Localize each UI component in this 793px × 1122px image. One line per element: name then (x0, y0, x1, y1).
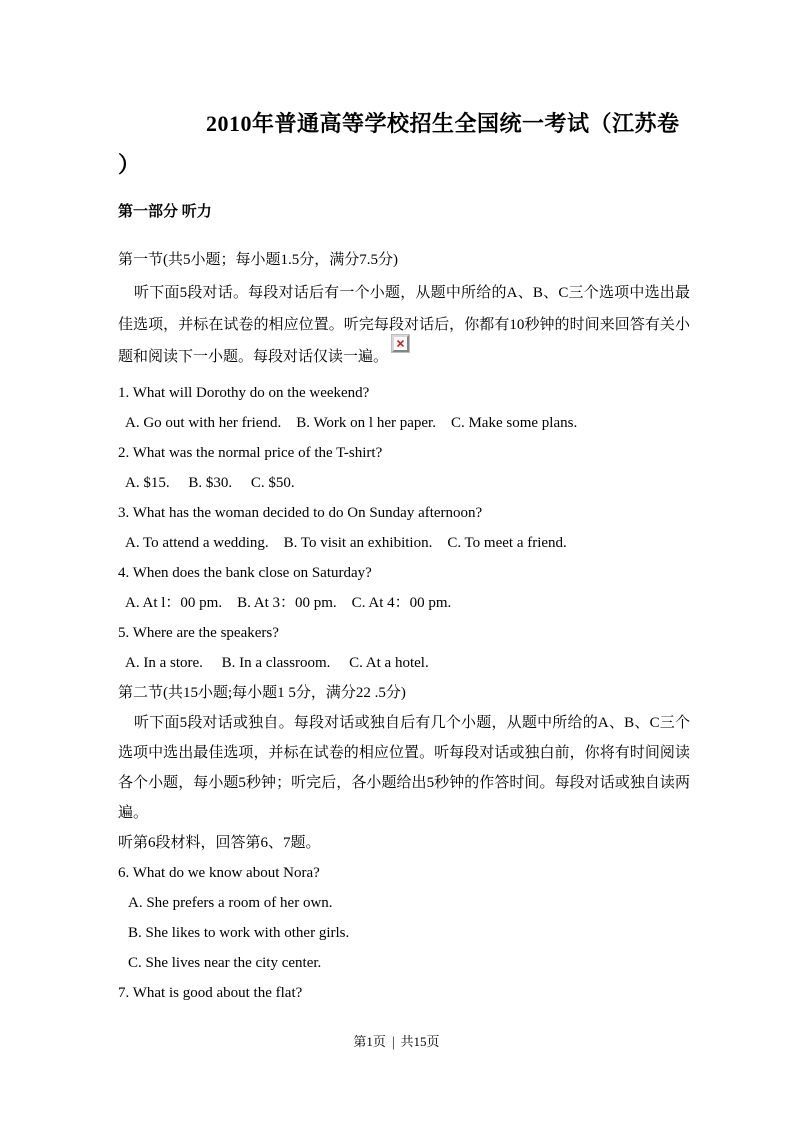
section1-questions: 1. What will Dorothy do on the weekend? … (118, 378, 690, 678)
question-1-text: 1. What will Dorothy do on the weekend? (118, 378, 690, 408)
section1-instructions: 听下面5段对话。每段对话后有一个小题，从题中所给的A、B、C三个选项中选出最佳选… (118, 277, 690, 373)
question-5-text: 5. Where are the speakers? (118, 618, 690, 648)
exam-paper-page: 2010年普通高等学校招生全国统一考试（江苏卷 ） 第一部分 听力 第一节(共5… (0, 0, 793, 1122)
question-6-option-a: A. She prefers a room of her own. (118, 888, 690, 918)
question-1: 1. What will Dorothy do on the weekend? … (118, 378, 690, 438)
page-title: 2010年普通高等学校招生全国统一考试（江苏卷 ） (118, 103, 690, 185)
question-6: 6. What do we know about Nora? A. She pr… (118, 858, 690, 978)
footer-page-total: 共15页 (401, 1034, 440, 1049)
question-2-options: A. $15. B. $30. C. $50. (118, 468, 690, 498)
question-4-text: 4. When does the bank close on Saturday? (118, 558, 690, 588)
question-6-option-b: B. She likes to work with other girls. (118, 918, 690, 948)
question-4: 4. When does the bank close on Saturday?… (118, 558, 690, 618)
page-content: 2010年普通高等学校招生全国统一考试（江苏卷 ） 第一部分 听力 第一节(共5… (118, 0, 690, 1008)
question-6-option-c: C. She lives near the city center. (118, 948, 690, 978)
section2-instructions: 听下面5段对话或独自。每段对话或独自后有几个小题，从题中所给的A、B、C三个选项… (118, 708, 690, 828)
question-7-text: 7. What is good about the flat? (118, 978, 690, 1008)
footer-page-number: 第1页 (353, 1034, 386, 1049)
question-5: 5. Where are the speakers? A. In a store… (118, 618, 690, 678)
question-7: 7. What is good about the flat? (118, 978, 690, 1008)
section1-instructions-text: 听下面5段对话。每段对话后有一个小题，从题中所给的A、B、C三个选项中选出最佳选… (118, 285, 690, 365)
question-1-options: A. Go out with her friend. B. Work on l … (118, 408, 690, 438)
question-3-text: 3. What has the woman decided to do On S… (118, 498, 690, 528)
question-2: 2. What was the normal price of the T-sh… (118, 438, 690, 498)
part1-heading: 第一部分 听力 (118, 201, 690, 223)
page-footer: 第1页|共15页 (0, 1033, 793, 1051)
section2-instructions-text: 听下面5段对话或独自。每段对话或独自后有几个小题，从题中所给的A、B、C三个选项… (118, 715, 690, 821)
footer-separator: | (392, 1032, 395, 1053)
question-4-options: A. At l：00 pm. B. At 3：00 pm. C. At 4：00… (118, 588, 690, 618)
page-title-line2: ） (118, 152, 141, 177)
question-2-text: 2. What was the normal price of the T-sh… (118, 438, 690, 468)
question-5-options: A. In a store. B. In a classroom. C. At … (118, 648, 690, 678)
question-3-options: A. To attend a wedding. B. To visit an e… (118, 528, 690, 558)
section2-material-note: 听第6段材料，回答第6、7题。 (118, 828, 690, 858)
section1-header: 第一节(共5小题；每小题1.5分，满分7.5分) (118, 245, 690, 275)
broken-image-icon (392, 335, 409, 352)
section2-questions: 6. What do we know about Nora? A. She pr… (118, 858, 690, 1008)
question-3: 3. What has the woman decided to do On S… (118, 498, 690, 558)
question-6-text: 6. What do we know about Nora? (118, 858, 690, 888)
section2-header: 第二节(共15小题;每小题1 5分，满分22 .5分) (118, 678, 690, 708)
page-title-line1: 2010年普通高等学校招生全国统一考试（江苏卷 (206, 111, 680, 136)
